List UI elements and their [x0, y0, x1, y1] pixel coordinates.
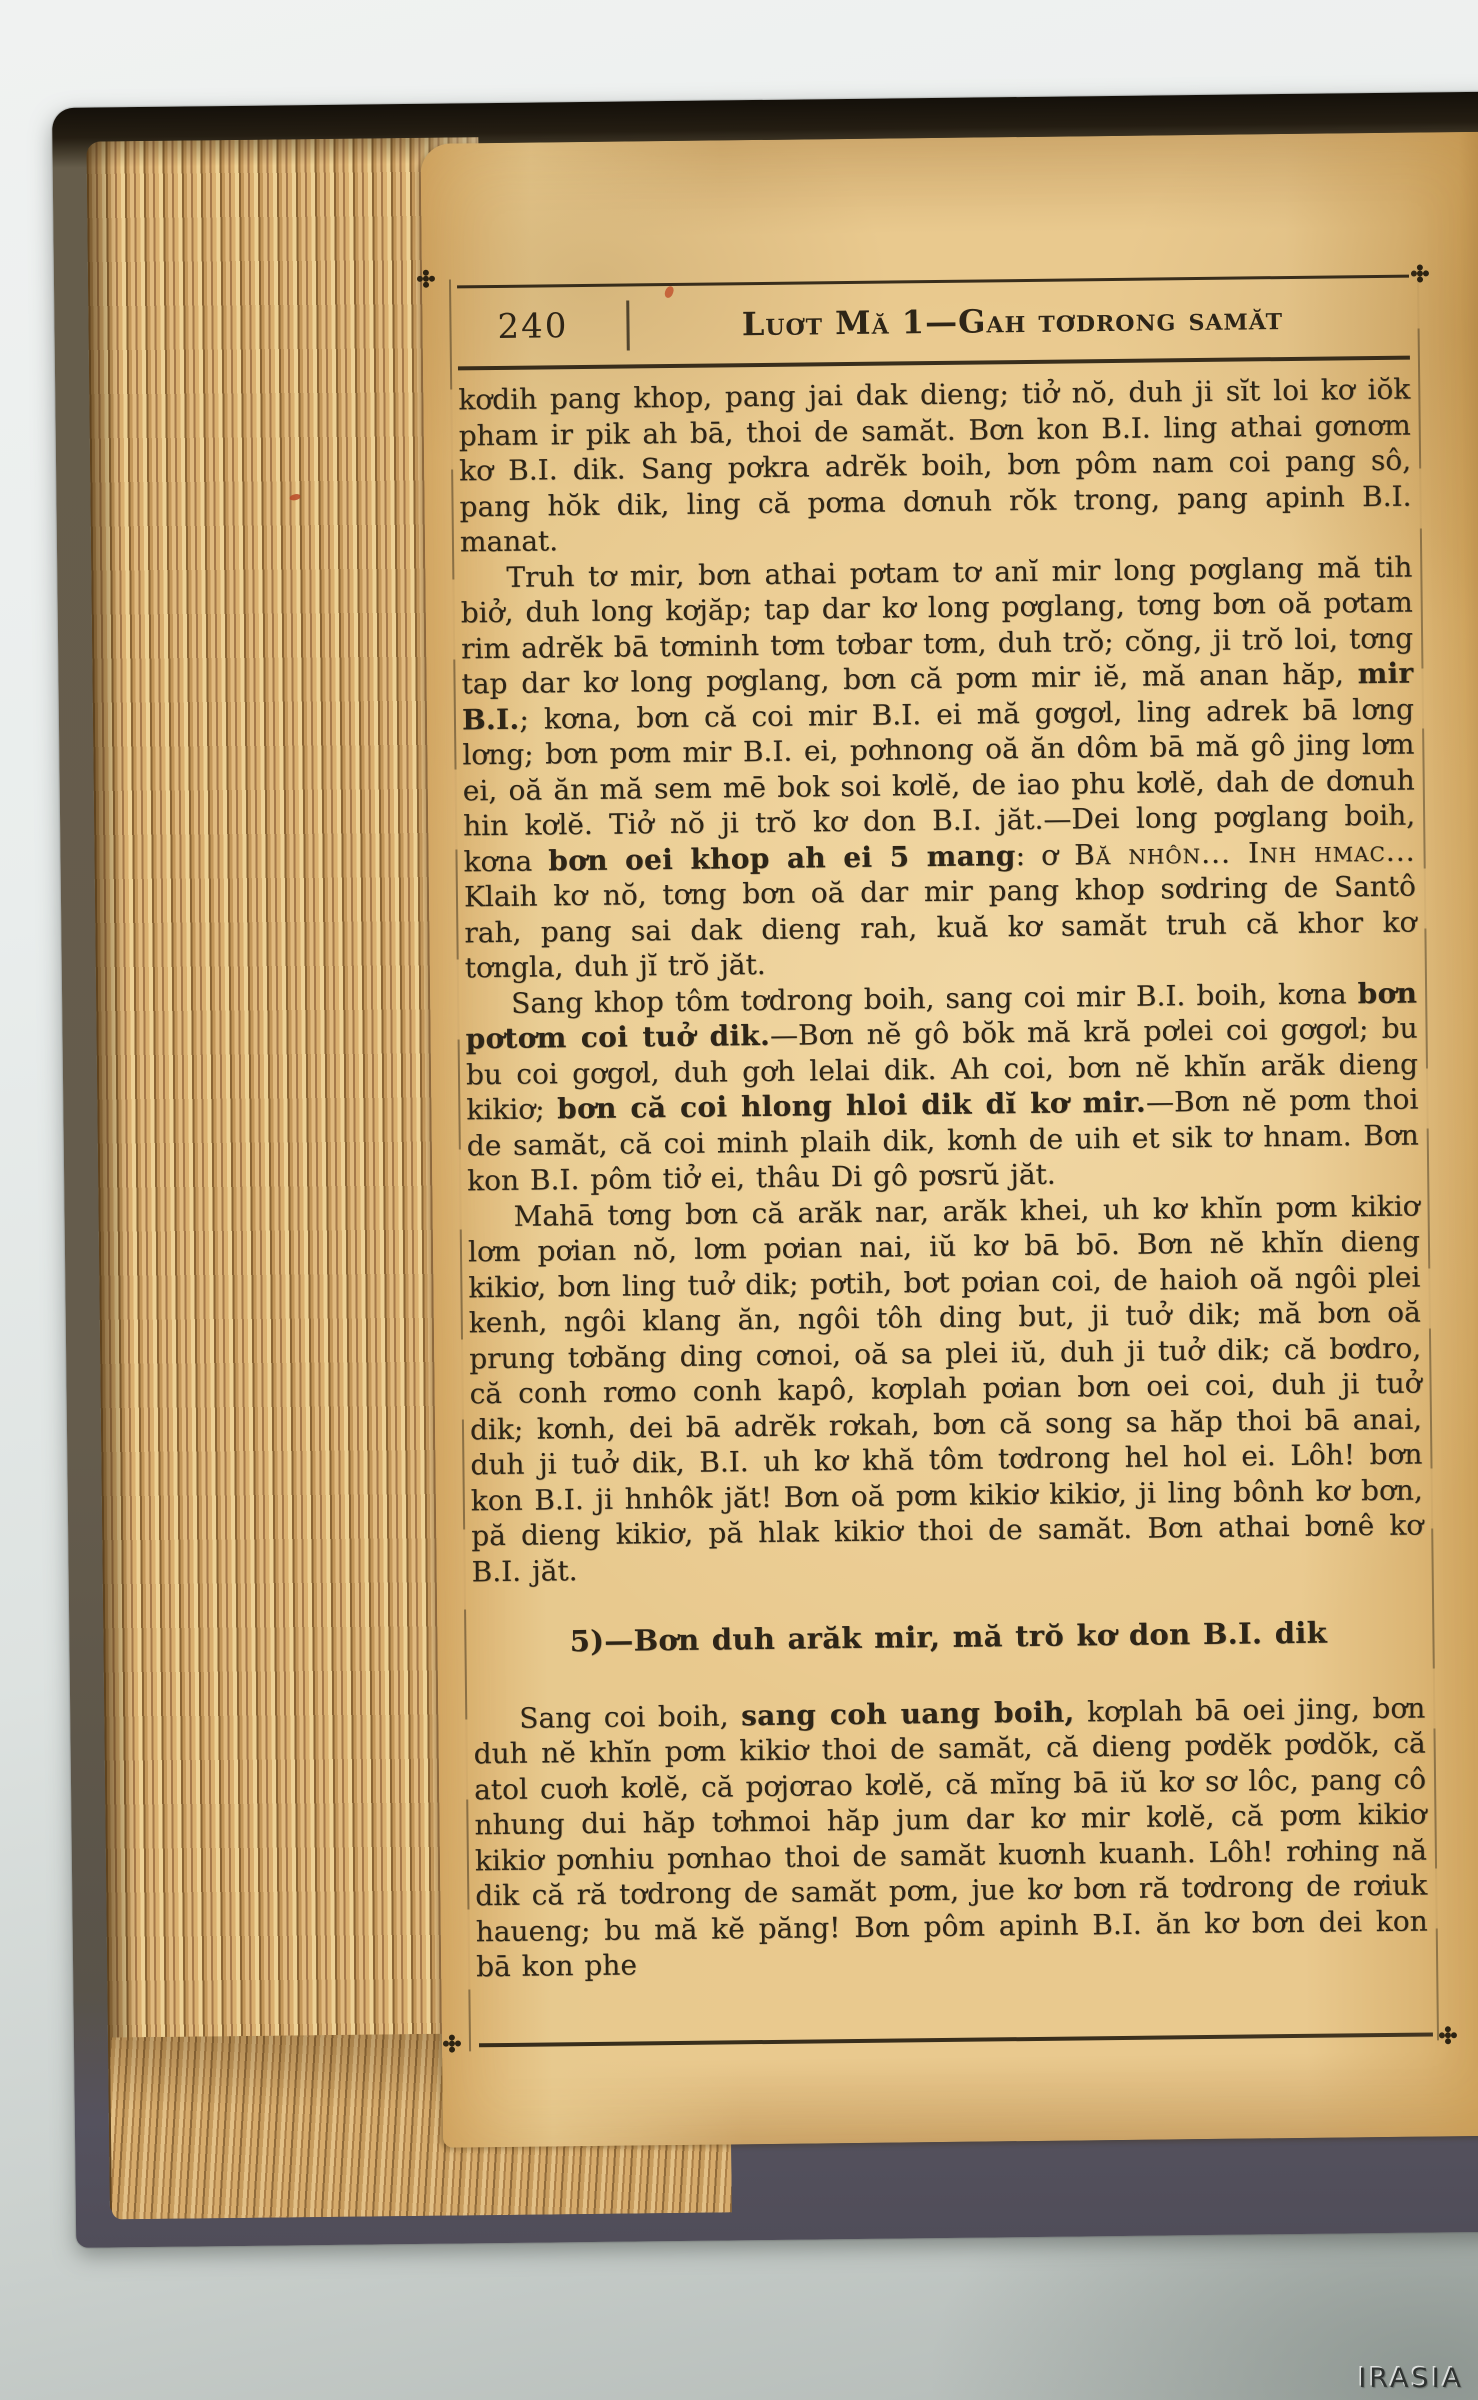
paragraph: Mahā tơng bơn că arăk nar, arăk khei, uh… [467, 1188, 1423, 1589]
header-rule-top [457, 275, 1409, 289]
page-header: 240 Luơt Mă 1—Gah tơdrong samăt [457, 288, 1410, 357]
text-run: kơdih pang khop, pang jai dak dieng; tiở… [458, 373, 1412, 559]
paragraph: Sang khop tôm tơdrong boih, sang coi mir… [465, 975, 1419, 1199]
printer-ornament-icon [423, 276, 429, 282]
text-run: : ơ [1015, 838, 1074, 872]
book-page: 240 Luơt Mă 1—Gah tơdrong samăt kơdih pa… [420, 132, 1478, 2148]
text-run-bold: bơn că coi hlong hloi dik dĭ kơ mir. [557, 1086, 1146, 1126]
text-run: Sang coi boih, [519, 1699, 741, 1735]
footer-rule [479, 2032, 1433, 2047]
printed-area: 240 Luơt Mă 1—Gah tơdrong samăt kơdih pa… [457, 275, 1429, 2048]
header-divider [626, 300, 630, 350]
paragraph: kơdih pang khop, pang jai dak dieng; tiở… [458, 372, 1412, 560]
running-title: Luơt Mă 1—Gah tơdrong samăt [629, 298, 1409, 345]
text-run: Mahā tơng bơn că arăk nar, arăk khei, uh… [468, 1189, 1424, 1588]
paragraph: Sang coi boih, sang coh uang boih, kơpla… [473, 1690, 1428, 1985]
printer-ornament-icon [1445, 2032, 1451, 2038]
irasia-watermark: IRASIA [1358, 2363, 1464, 2394]
paragraph: Truh tơ mir, bơn athai pơtam tơ anĭ mir … [460, 549, 1417, 986]
scanner-background: 240 Luơt Mă 1—Gah tơdrong samăt kơdih pa… [0, 0, 1478, 2400]
text-run: Truh tơ mir, bơn athai pơtam tơ anĭ mir … [461, 550, 1414, 700]
body-text: kơdih pang khop, pang jai dak dieng; tiở… [458, 372, 1428, 1985]
text-run-smallcaps: Bă nhôn... Inh hmac... [1074, 834, 1416, 871]
section-heading: 5)—Bơn duh arăk mir, mă trŏ kơ don B.I. … [472, 1615, 1424, 1661]
text-run-bold: sang coh uang boih, [741, 1695, 1075, 1732]
book-cover: 240 Luơt Mă 1—Gah tơdrong samăt kơdih pa… [52, 92, 1478, 2248]
header-rule-bottom [458, 356, 1410, 371]
page-number: 240 [497, 306, 568, 347]
text-run: kơplah bā oei jing, bơn duh nĕ khĭn pơm … [474, 1691, 1428, 1983]
text-run: Klaih kơ nŏ, tơng bơn oă dar mir pang kh… [464, 870, 1417, 985]
text-run-bold: bơn oei khop ah ei 5 mang [548, 839, 1016, 877]
printer-ornament-icon [1417, 270, 1423, 276]
printer-ornament-icon [449, 2041, 455, 2047]
